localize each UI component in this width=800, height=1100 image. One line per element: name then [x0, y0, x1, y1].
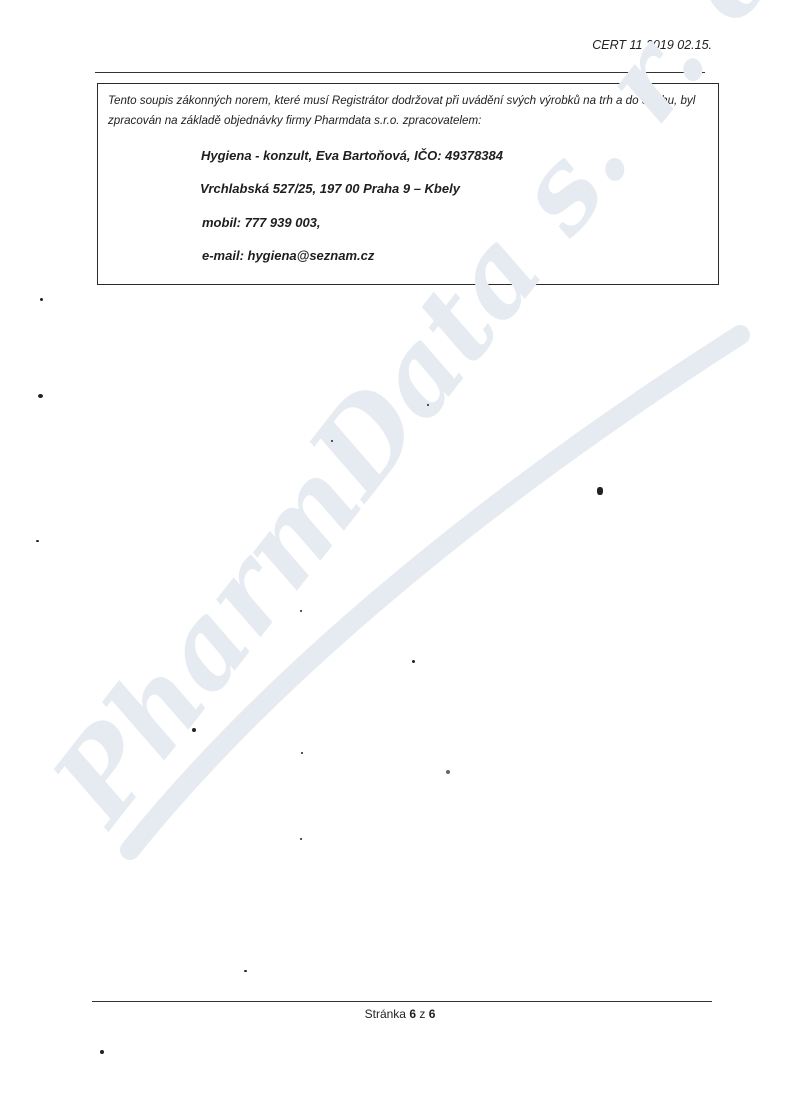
contact-email-line: e-mail: hygiena@seznam.cz: [202, 248, 374, 263]
scan-speck: [597, 487, 603, 495]
header-divider: [95, 72, 705, 73]
current-page: 6: [409, 1007, 416, 1021]
intro-paragraph: Tento soupis zákonných norem, které musí…: [108, 91, 713, 131]
scan-speck: [412, 660, 415, 663]
page-number: Stránka 6 z 6: [0, 1007, 800, 1021]
scan-speck: [36, 540, 39, 542]
contact-name-line: Hygiena - konzult, Eva Bartoňová, IČO: 4…: [201, 148, 503, 163]
processor-info-box: Tento soupis zákonných norem, které musí…: [97, 83, 719, 285]
scan-speck: [427, 404, 429, 406]
scan-speck: [300, 610, 302, 612]
scan-speck: [244, 970, 247, 972]
contact-address-line: Vrchlabská 527/25, 197 00 Praha 9 – Kbel…: [200, 181, 460, 196]
scan-speck: [100, 1050, 104, 1054]
footer-divider: [92, 1001, 712, 1002]
scan-speck: [192, 728, 196, 732]
scan-speck: [300, 838, 302, 840]
watermark-swoosh: [130, 335, 740, 850]
document-reference: CERT 11 2019 02.15.: [592, 38, 712, 52]
scan-speck: [301, 752, 303, 754]
total-pages: 6: [429, 1007, 436, 1021]
scan-speck: [38, 394, 43, 398]
scan-speck: [331, 440, 333, 442]
page-separator: z: [419, 1007, 425, 1021]
scan-speck: [446, 770, 450, 774]
contact-mobile-line: mobil: 777 939 003,: [202, 215, 321, 230]
scan-speck: [40, 298, 43, 301]
page-label: Stránka: [365, 1007, 406, 1021]
